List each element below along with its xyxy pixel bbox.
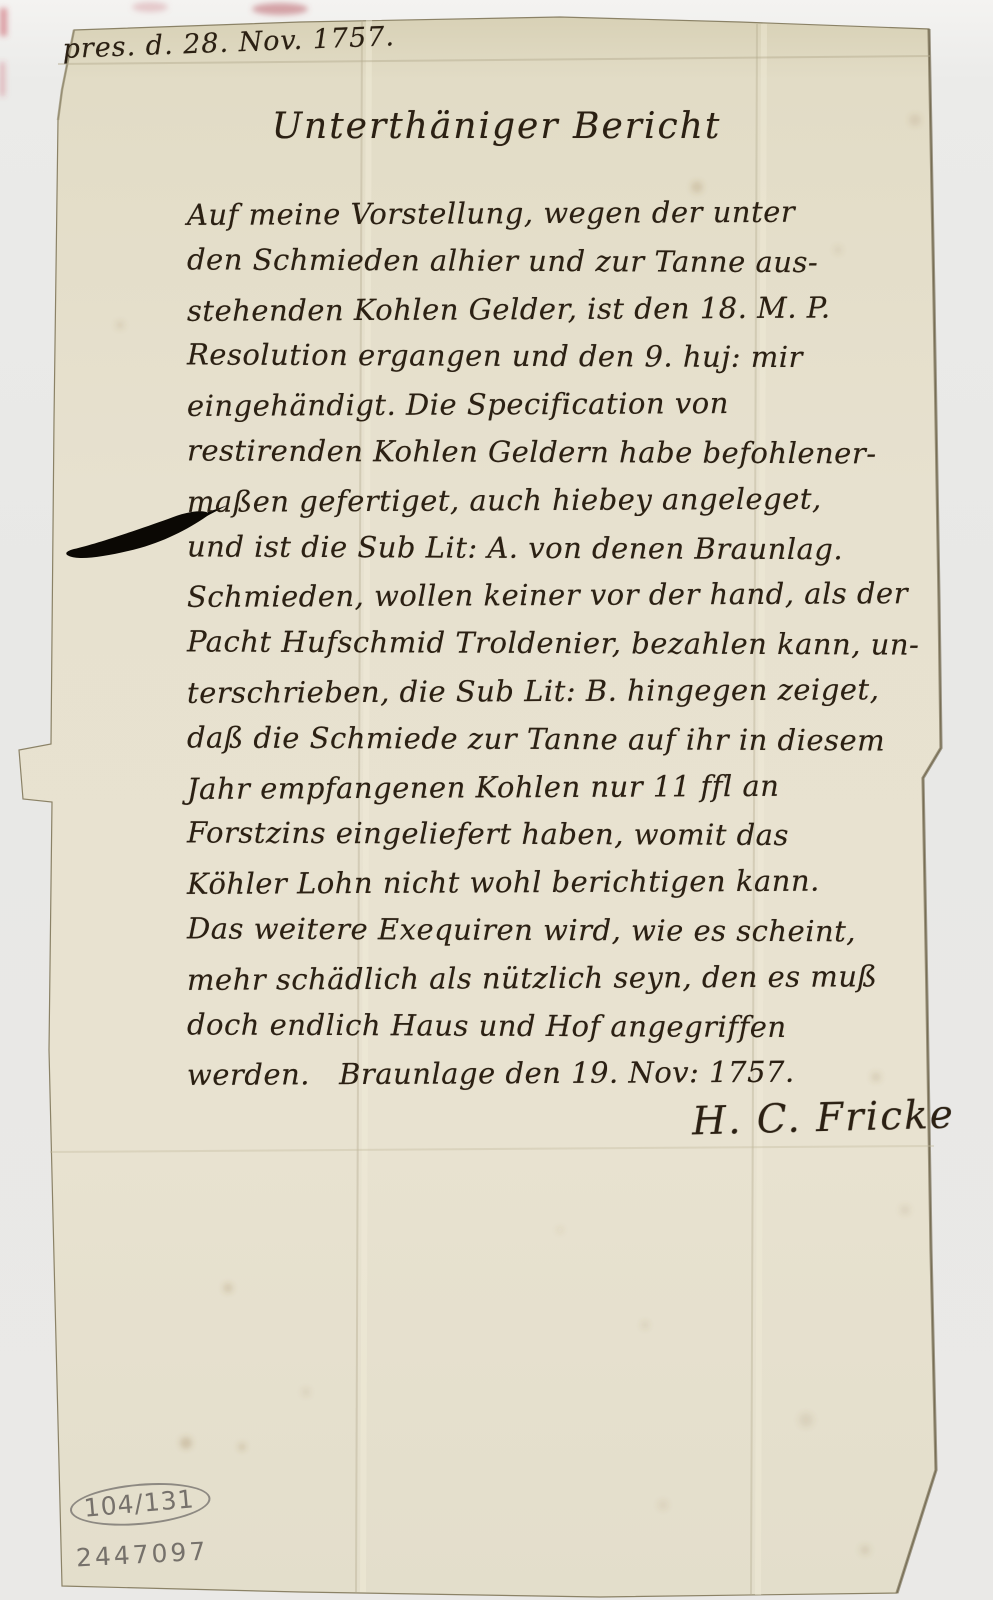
letter-line: Pacht Hufschmid Troldenier, bezahlen kan… [187, 619, 920, 670]
letter-line: stehenden Kohlen Gelder, ist den 18. M. … [187, 284, 920, 336]
letter-line: Auf meine Vorstellung, wegen der unter [187, 188, 920, 240]
letter-line: mehr schädlich als nützlich seyn, den es… [187, 953, 920, 1005]
letter-line: Köhler Lohn nicht wohl berichtigen kann. [187, 857, 920, 909]
letter-line: doch endlich Haus und Hof angegriffen [187, 1001, 920, 1052]
letter-line: daß die Schmiede zur Tanne auf ihr in di… [187, 714, 920, 765]
letter-line: terschrieben, die Sub Lit: B. hingegen z… [187, 666, 920, 718]
letter-line: Jahr empfangenen Kohlen nur 11 ffl an [187, 762, 920, 814]
scanned-manuscript: pres. d. 28. Nov. 1757. Unterthäniger Be… [0, 0, 993, 1600]
letter-line: und ist die Sub Lit: A. von denen Braunl… [187, 523, 920, 574]
letter-line: werden. Braunlage den 19. Nov: 1757. [187, 1048, 920, 1100]
letter-line: eingehändigt. Die Specification von [187, 379, 920, 431]
letter-line: Resolution ergangen und den 9. huj: mir [187, 332, 920, 383]
letter-line: Das weitere Exequiren wird, wie es schei… [187, 905, 920, 956]
letter-title: Unterthäniger Bericht [0, 106, 993, 147]
signature: H. C. Fricke [691, 1093, 955, 1145]
letter-line: maßen gefertiget, auch hiebey angeleget, [187, 475, 920, 527]
letter-line: Forstzins eingeliefert haben, womit das [187, 810, 920, 861]
letter-body: Auf meine Vorstellung, wegen der unter d… [187, 190, 919, 1098]
letter-line: Schmieden, wollen keiner vor der hand, a… [187, 570, 920, 622]
letter-line: restirenden Kohlen Geldern habe befohlen… [187, 427, 920, 478]
letter-line: den Schmieden alhier und zur Tanne aus- [187, 236, 920, 287]
